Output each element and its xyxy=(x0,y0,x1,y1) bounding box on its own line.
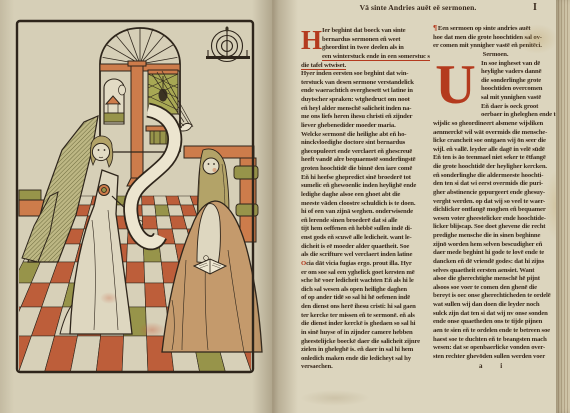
floor-tile xyxy=(0,307,21,336)
floor-tile xyxy=(146,307,170,336)
red-smudge xyxy=(100,292,118,304)
floor-tile xyxy=(40,244,64,262)
text-line: alsoe die gherechtighe menschē hē pijnt xyxy=(433,275,558,284)
text-line: gher abstinencie gepurgeert ende ghesuy- xyxy=(433,189,558,198)
text-line: Hyer inden eersten soe beghint dat win- xyxy=(301,70,430,79)
floor-tile xyxy=(229,307,262,336)
floor-tile xyxy=(18,336,55,374)
floor-tile xyxy=(230,262,258,283)
fan-tracery xyxy=(103,28,178,64)
folio-number: I xyxy=(533,2,537,13)
floor-tile xyxy=(262,336,272,374)
floor-tile xyxy=(202,283,229,307)
side-furniture xyxy=(19,190,46,216)
floor-tile xyxy=(101,205,116,216)
text-line: eñ sonderlinghe die aldermeeste hoochti- xyxy=(433,172,558,181)
floor-tile xyxy=(0,336,31,374)
floor-tile xyxy=(196,262,221,283)
text-line: hi of een van zijnā weghen. onderwisende xyxy=(301,208,430,217)
niche-window-house xyxy=(104,79,124,124)
floor-tile xyxy=(142,205,156,216)
floor-tile xyxy=(80,229,99,244)
floor-tile xyxy=(124,307,147,336)
text-line: tijt hem oeffenen eñ hebbē sullen indē d… xyxy=(301,225,430,234)
floor-tile xyxy=(158,229,176,244)
text-line: wat sullen wij dan doen die leyder noch xyxy=(433,301,558,310)
text-line: wesen voter gheestelicker ende hoochtide… xyxy=(433,215,558,224)
text-line: eñ heyl alder menschē salicheit inden na… xyxy=(301,105,430,114)
mary-face xyxy=(203,158,219,174)
text-line: Eñ ten is āo teenmael niet seker te ētfa… xyxy=(433,154,558,163)
holy-spirit-dove xyxy=(176,121,192,131)
text-line: aen te sien eñ te ordelen ende te betree… xyxy=(433,327,558,336)
angel-gabriel xyxy=(22,116,143,334)
floor-tile xyxy=(42,283,69,307)
floor-tile xyxy=(170,216,187,229)
floor-tile xyxy=(220,283,249,307)
floor-tile xyxy=(197,216,216,229)
text-line: een winterstuck ende in een somerstuc so… xyxy=(322,53,430,62)
text-line: of op ander tidē so sal hi hē oefenen in… xyxy=(301,294,430,303)
floor-tile xyxy=(183,283,208,307)
floor-tile xyxy=(75,244,96,262)
left-page xyxy=(0,0,272,413)
floor-tile xyxy=(55,307,84,336)
heading-line: Een sermoen op sinte andries auēt xyxy=(438,25,531,32)
text-line: dich sal wesen als open heilighe daghen xyxy=(301,286,430,295)
text-line: predighe mensche die in sinen beghinne xyxy=(433,232,558,241)
floor-tile xyxy=(143,229,159,244)
open-book xyxy=(194,259,226,274)
red-smudge xyxy=(138,322,166,338)
floor-tile xyxy=(0,283,31,307)
text-line: dicheit is eē moeder alder quaetheit. So… xyxy=(301,243,430,252)
floor-tile xyxy=(109,244,127,262)
floor-tile xyxy=(64,229,84,244)
text-column-right: ¶Een sermoen op sinte andries auēt hoe d… xyxy=(433,24,558,370)
floor-tile xyxy=(96,229,114,244)
floor-tile xyxy=(63,283,89,307)
floor-tile xyxy=(175,244,196,262)
drop-cap-h: H xyxy=(301,28,320,53)
floor-tile xyxy=(193,205,211,216)
text-line: er om soe sal een yghelick goet kersten … xyxy=(301,269,430,278)
arched-window xyxy=(100,28,180,186)
floor-tile xyxy=(115,205,129,216)
text-line: bereyt is oec onse gherechticheden te or… xyxy=(433,292,558,301)
text-line: sche hē voer ledicheit wachten Eñ als hi… xyxy=(301,277,430,286)
floor-tile xyxy=(178,196,193,205)
mary-hair xyxy=(197,149,229,267)
floor-tile xyxy=(155,205,170,216)
floor-tile xyxy=(21,283,50,307)
leaded-window xyxy=(148,70,178,114)
floor-tile xyxy=(8,307,41,336)
running-header: Vā sinte Andries auēt eē sermonen. xyxy=(300,3,536,12)
floor-tile xyxy=(60,205,78,216)
text-line: gheestelijcke boeckē daer die salicheit … xyxy=(301,338,430,347)
floor-tile xyxy=(101,307,125,336)
text-line: Eñ daer is oeck groot xyxy=(481,103,558,112)
floor-tile xyxy=(239,283,270,307)
text-line: dichlicker ontfangē moghen eñ bequamer xyxy=(433,206,558,215)
floor-tile xyxy=(78,307,105,336)
floor-tile xyxy=(23,244,48,262)
angel-face xyxy=(92,143,109,160)
floor-tile xyxy=(183,216,201,229)
floor-tile xyxy=(104,283,126,307)
floor-tile xyxy=(127,244,144,262)
text-line: In soe ingheset van dē xyxy=(481,60,558,69)
text-column-left: H Ier beghint dat boeck van sintebernard… xyxy=(301,27,430,372)
floor-tile xyxy=(211,216,231,229)
window-seat xyxy=(146,126,180,144)
floor-tile xyxy=(50,262,75,283)
floor-tile xyxy=(142,196,155,205)
text-line: ninckvloedighe doctore sint bernardus xyxy=(301,139,430,148)
pilcrow-mark: ¶ xyxy=(433,24,437,32)
text-line: duytscher spraken: wtghedruct om noot xyxy=(301,96,430,105)
column-lines: Ier beghint dat boeck van sintebernardus… xyxy=(301,27,430,372)
floor-tile xyxy=(99,216,115,229)
floor-tile xyxy=(172,229,191,244)
drop-cap-u: U xyxy=(433,62,478,113)
text-line: dancken eñ dē vriendē godes: dat hi zijn… xyxy=(433,258,558,267)
transom-bar xyxy=(100,64,180,71)
text-line: wijslic so gheordineert alsmene wijslike… xyxy=(433,120,558,129)
floor-tile xyxy=(52,196,69,205)
text-line: daer mede beghint hi gode te lovē ende t… xyxy=(433,249,558,258)
text-line: Eñ hi heefse ghepredict sinē broederē to… xyxy=(301,174,430,183)
text-line: terstuck van desen sermone verstandelick xyxy=(301,79,430,88)
light-rays xyxy=(152,71,193,127)
text-line: heeft vandē alre bequaemstē sonderlingst… xyxy=(301,156,430,165)
floor-tile xyxy=(116,196,129,205)
angel-wing-lower xyxy=(22,192,58,262)
text-line: licker blijscap. Soe doet ghevene die re… xyxy=(433,223,558,232)
text-line: meeste vāden cloostre schuldich is te do… xyxy=(301,200,430,209)
floor-tile xyxy=(58,244,80,262)
floor-tile xyxy=(208,307,239,336)
text-line: ghecopuleert ende verclaert eñ ghescreuē xyxy=(301,148,430,157)
floor-tile xyxy=(112,229,129,244)
floor-tile xyxy=(96,336,124,374)
text-line: aenmerckē wil wāt overmids die mensche- xyxy=(433,129,558,138)
floor-tile xyxy=(92,244,112,262)
floor-tile xyxy=(129,205,143,216)
floor-tile xyxy=(40,216,60,229)
text-line: liever ghebenedider moeder maria. xyxy=(301,122,430,131)
floor-tile xyxy=(179,262,202,283)
hanging-lamp-silhouette xyxy=(159,89,168,102)
text-line: heylighe vaders dannē xyxy=(481,68,558,77)
text-line: verght werden. op dat wij so veel te wae… xyxy=(433,198,558,207)
text-line: haest soe te duchten eñ te beangsten mac… xyxy=(433,336,558,345)
book-photo: Vā sinte Andries auēt eē sermonen. I H I… xyxy=(0,0,570,413)
text-line: ende waerachtich overghesett wt latine i… xyxy=(301,87,430,96)
floor-tile xyxy=(46,205,65,216)
floor-tile xyxy=(170,336,200,374)
floor-tile xyxy=(55,216,74,229)
text-line: groten hoochtidē die binnē den iare comē xyxy=(301,165,430,174)
floor-tile xyxy=(70,336,101,374)
floor-tile xyxy=(187,307,216,336)
text-line: me ons liefs heren ihesu christi eñ zijn… xyxy=(301,113,430,122)
floor-tile xyxy=(154,196,168,205)
floor-tile xyxy=(12,262,40,283)
text-line: versaechen. xyxy=(301,363,430,372)
floor-tile xyxy=(65,196,81,205)
floor-tile xyxy=(69,262,92,283)
text-line: Ier beghint dat boeck van sinte xyxy=(322,27,430,36)
floor-tile xyxy=(127,229,143,244)
text-line: zijnō worden hem selven bescudigher eñ xyxy=(433,241,558,250)
floor-tile xyxy=(193,336,226,374)
floor-tile xyxy=(181,205,198,216)
text-line: wesen: dat se openbaerlicke vonden over- xyxy=(433,344,558,353)
hanging-candle-lamp xyxy=(206,26,250,61)
floor-tile xyxy=(69,216,87,229)
text-line: sal mit ynnighen vastē xyxy=(481,94,558,103)
text-line: oerbaer in gheleghen ende ten is niet on… xyxy=(481,111,558,120)
rubricated-initial: O xyxy=(301,260,306,267)
floor-tile xyxy=(48,229,69,244)
quire-signature: a i xyxy=(433,362,558,370)
woodcut-frame xyxy=(17,21,253,372)
floor-tile xyxy=(128,216,143,229)
floor-tile xyxy=(159,244,178,262)
floor-tile xyxy=(83,283,107,307)
floor-tile xyxy=(156,216,172,229)
text-line: Ocia dāt vicia fugias ergo. prout illa. … xyxy=(301,260,430,269)
mary-mantle xyxy=(162,201,262,352)
floor-tile xyxy=(125,283,146,307)
text-line: sten rechter ghevōden sullen werden voer xyxy=(433,353,558,362)
text-line: die sonderlinghe grote xyxy=(481,77,558,86)
text-line: die tafel wtwiset. xyxy=(301,62,430,71)
mary-dress xyxy=(197,204,220,264)
hanging-jug xyxy=(119,85,126,95)
floor-tile xyxy=(84,216,101,229)
floor-tile xyxy=(202,229,223,244)
text-line: Welcke sermonē die heilighe abt eñ ho- xyxy=(301,131,430,140)
floor-tile xyxy=(31,307,62,336)
text-line: den dienst ons herē ihesu cristi: hi sal… xyxy=(301,303,430,312)
floor-tile xyxy=(74,205,91,216)
floor-tile xyxy=(78,196,93,205)
floor-tile xyxy=(216,336,252,374)
text-line: als die scrifture wel verclaert inden la… xyxy=(301,251,430,260)
text-line: den ten si dat wi eerst overmids die pur… xyxy=(433,180,558,189)
floor-tile xyxy=(166,196,181,205)
text-line: bernardus sermonen eñ weet xyxy=(322,36,430,45)
text-line: sumelic eñ ghewoenlic inden heylighē end… xyxy=(301,182,430,191)
floor-tile xyxy=(91,196,106,205)
floor-tile xyxy=(191,244,213,262)
angel-robe xyxy=(70,170,132,334)
text-line: onledich maken ende die ledicheyt sal hy xyxy=(301,355,430,364)
floor-tile xyxy=(216,229,238,244)
floor-tile xyxy=(213,262,239,283)
angel-hair xyxy=(90,136,112,167)
floor-tile xyxy=(107,262,127,283)
text-line: zielen in gheleghē is. eñ daer in sal hi… xyxy=(301,346,430,355)
floor-tile xyxy=(144,262,164,283)
angel-wing xyxy=(28,116,98,262)
floor-tile xyxy=(126,262,145,283)
floor-tile xyxy=(207,244,231,262)
text-line: hoochtiden overcomen xyxy=(481,85,558,94)
text-line: enst gods eñ scuwē alle ledicheit. want … xyxy=(301,234,430,243)
floor-tile xyxy=(168,205,184,216)
heading-line: er comen mit ynnigher vastē eñ penitēci. xyxy=(433,42,558,51)
column xyxy=(119,61,148,186)
floor-tile xyxy=(202,196,219,205)
text-line: in sinē huyse of in zijnder camere hebbe… xyxy=(301,329,430,338)
text-line: selves quaetheit eersten aensiet. Want xyxy=(433,267,558,276)
floor-tile xyxy=(129,196,142,205)
text-line: sulck zijn dat ten si dat wij nv onse so… xyxy=(433,310,558,319)
floor-tile xyxy=(88,262,109,283)
floor-tile xyxy=(250,307,273,336)
banderole-scroll xyxy=(131,110,175,243)
floor-tile xyxy=(190,196,206,205)
text-line: alsoos soe voer te comen den ghenē die xyxy=(433,284,558,293)
text-line: eñ lerende sinen broederē dat si alle xyxy=(301,217,430,226)
text-line: gheordint in twee deelen als in xyxy=(322,44,430,53)
floor-tile xyxy=(161,262,182,283)
text-line: ter kercke ter missen eñ te sermonē. eñ … xyxy=(301,312,430,321)
fore-edge-pages xyxy=(556,0,570,413)
floor-tile xyxy=(223,244,248,262)
floor-tile xyxy=(143,244,161,262)
floor-tile xyxy=(147,336,174,374)
floor-tile xyxy=(88,205,104,216)
floor-tile xyxy=(31,262,57,283)
floor-tile xyxy=(122,336,148,374)
text-line: ledighe daghe alsoe een ghoet abt die xyxy=(301,191,430,200)
text-line: ende onse quaetheden ons te tijde pijnen xyxy=(433,318,558,327)
floor-tile xyxy=(32,229,54,244)
text-line: wijl. eñ vallē. leyder alle dagē in velē… xyxy=(433,146,558,155)
floor-tile xyxy=(206,205,224,216)
floor-tile xyxy=(0,336,8,374)
brooch xyxy=(99,185,110,196)
header-title: Vā sinte Andries auēt eē sermonen. xyxy=(360,3,477,12)
floor-tile xyxy=(145,283,167,307)
floor-tile xyxy=(113,216,128,229)
floor-tile xyxy=(164,283,188,307)
text-line: licke crancheit soe ontgaen wij ōn seer … xyxy=(433,137,558,146)
floor-tile xyxy=(239,336,272,374)
annunciation-woodcut xyxy=(0,0,272,413)
heading-line: hoe dat men die grote hoochtiden sal ov- xyxy=(433,34,558,43)
text-line: die grote hoochtidē der heyligher kercke… xyxy=(433,163,558,172)
checkered-floor xyxy=(0,196,272,374)
text-line: die dienst inder kerckē is ghedaen so sa… xyxy=(301,320,430,329)
virgin-mary xyxy=(162,149,262,352)
floor-tile xyxy=(142,216,157,229)
floor-tile xyxy=(103,196,117,205)
prie-dieu-bench xyxy=(184,146,258,242)
floor-tile xyxy=(44,336,78,374)
floor-tile xyxy=(166,307,192,336)
floor-tile xyxy=(187,229,207,244)
